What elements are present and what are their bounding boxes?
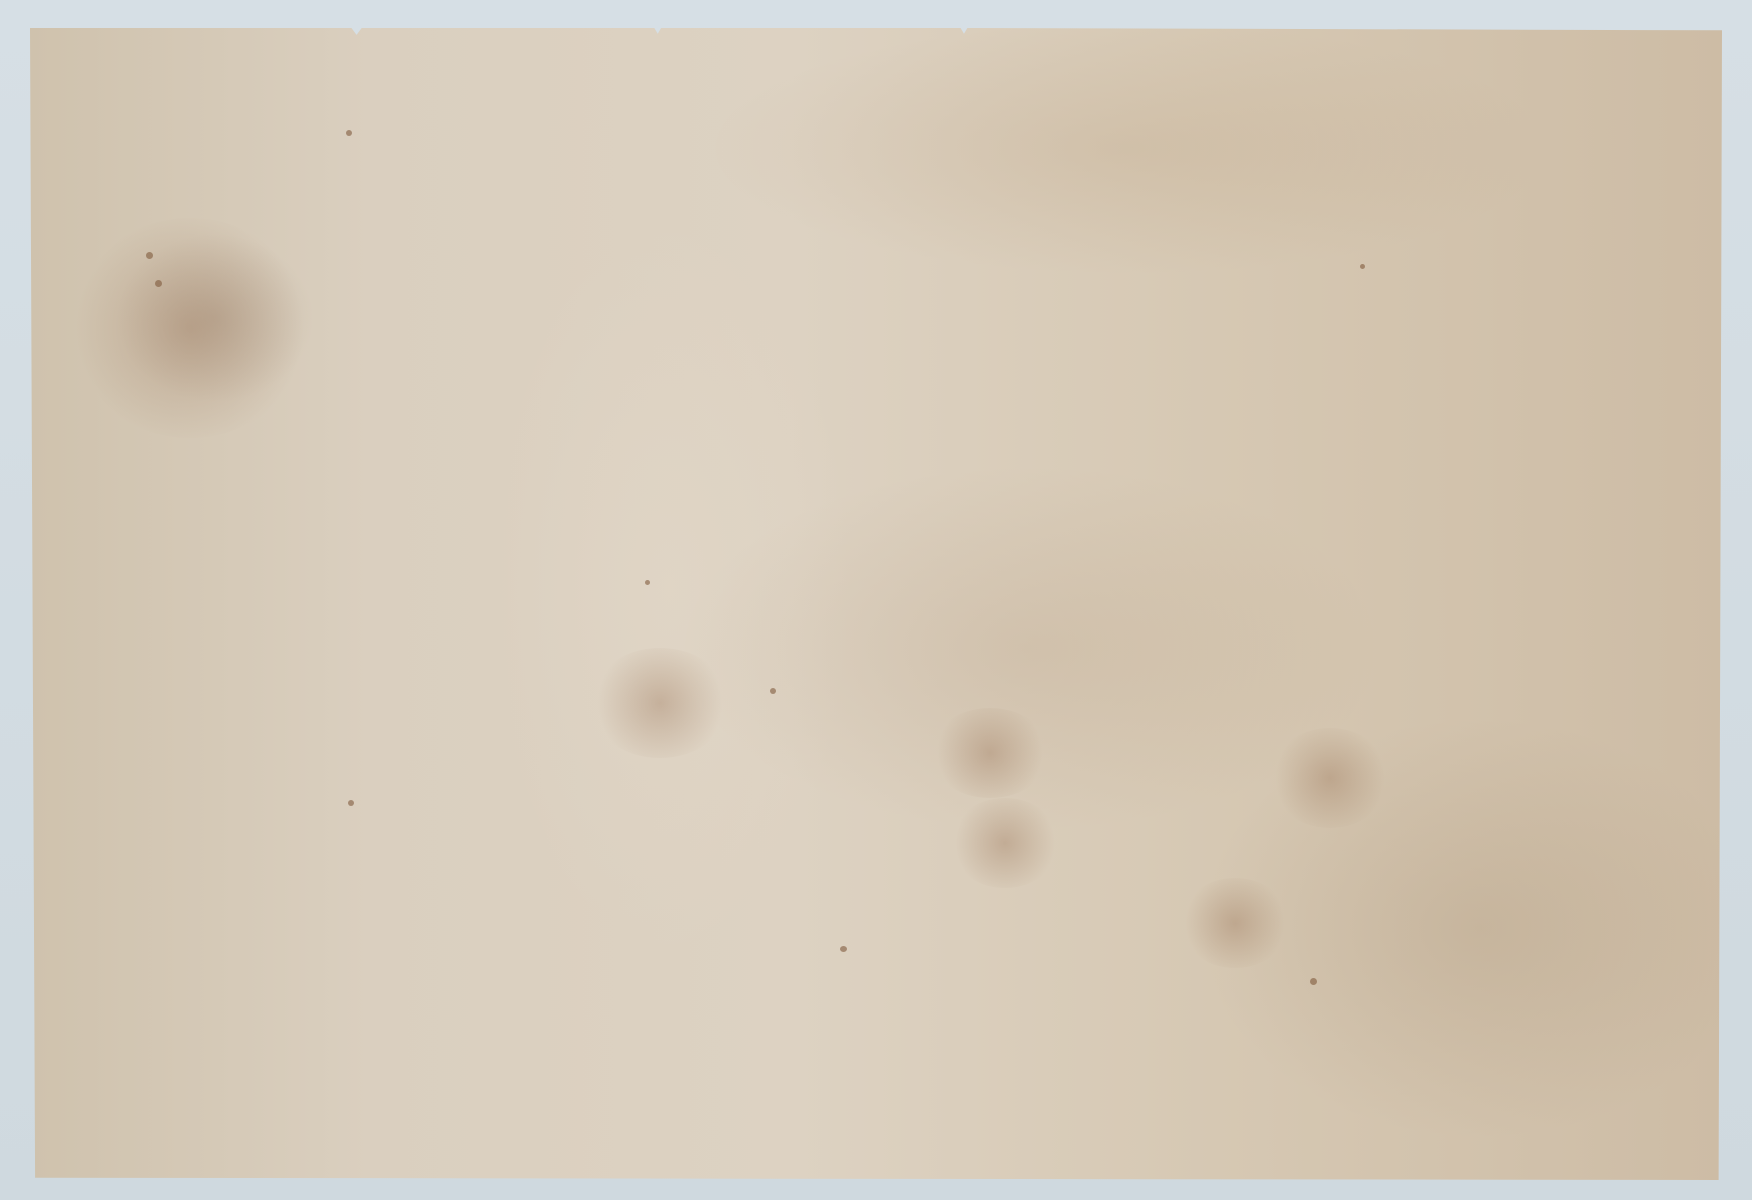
foxing-spot: [645, 580, 650, 585]
foxing-spot: [840, 946, 847, 952]
foxing-spot: [146, 252, 153, 259]
foxing-stain: [590, 648, 730, 758]
foxing-stain: [930, 708, 1050, 798]
aged-paper-sheet: [30, 28, 1722, 1180]
foxing-spot: [1360, 264, 1365, 269]
foxing-stain: [1180, 878, 1290, 968]
foxing-stain: [1270, 728, 1390, 828]
foxing-spot: [1310, 978, 1317, 985]
foxing-spot: [155, 280, 162, 287]
foxing-spot: [346, 130, 352, 136]
foxing-spot: [770, 688, 776, 694]
foxing-stain: [70, 218, 310, 438]
foxing-spot: [348, 800, 354, 806]
foxing-stain: [950, 798, 1060, 888]
